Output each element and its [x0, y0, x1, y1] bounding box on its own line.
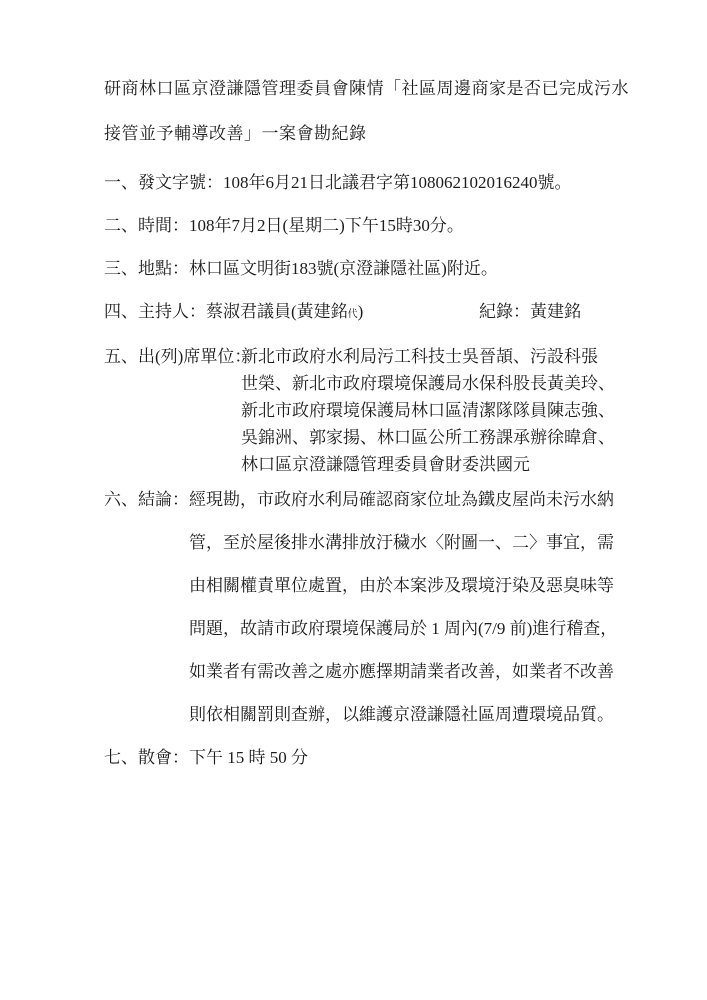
document-title: 研商林口區京澄謙隱管理委員會陳情「社區周邊商家是否已完成污水 接管並予輔導改善」… [104, 66, 616, 156]
section-host: 四、主持人：蔡淑君議員(黃建銘代) 紀錄：黃建銘 [104, 290, 616, 336]
conclusion-line: 則依相關罰則查辦，以維護京澄謙隱社區周遭環境品質。 [189, 693, 616, 736]
attendees-line: 新北市政府環境保護局林口區清潔隊隊員陳志強、 [241, 397, 616, 424]
conclusion-line: 由相關權責單位處置，由於本案涉及環境汙染及惡臭味等 [189, 564, 616, 607]
section-conclusion: 六、結論： 經現勘，市政府水利局確認商家位址為鐵皮屋尚未污水納 管，至於屋後排水… [104, 478, 616, 736]
title-line-2: 接管並予輔導改善」一案會勘紀錄 [104, 111, 616, 156]
conclusion-line: 問題，故請市政府環境保護局於 1 周內(7/9 前)進行稽查， [189, 607, 616, 650]
section-location: 三、地點：林口區文明街183號(京澄謙隱社區)附近。 [104, 247, 616, 290]
document-content: 研商林口區京澄謙隱管理委員會陳情「社區周邊商家是否已完成污水 接管並予輔導改善」… [104, 66, 616, 779]
attendees-line: 林口區京澄謙隱管理委員會財委洪國元 [241, 451, 616, 478]
host-text: 四、主持人：蔡淑君議員(黃建銘 [104, 302, 348, 321]
conclusion-line: 如業者有需改善之處亦應擇期請業者改善，如業者不改善 [189, 650, 616, 693]
section-attendees: 五、出(列)席單位： 新北市政府水利局污工科技士吳晉頡、污設科張 世榮、新北市政… [104, 343, 616, 478]
conclusion-line: 管，至於屋後排水溝排放汙穢水〈附圖一、二〉事宜，需 [189, 521, 616, 564]
recorder-text: 紀錄：黃建銘 [479, 290, 581, 333]
attendees-label: 五、出(列)席單位： [104, 343, 251, 370]
section-time: 二、時間：108年7月2日(星期二)下午15時30分。 [104, 204, 616, 247]
host-close-paren: ) [358, 302, 364, 321]
attendees-line: 吳錦洲、郭家揚、林口區公所工務課承辦徐暐倉、 [241, 424, 616, 451]
conclusion-line: 經現勘，市政府水利局確認商家位址為鐵皮屋尚未污水納 [189, 478, 616, 521]
attendees-line: 世榮、新北市政府環境保護局水保科股長黃美玲、 [241, 370, 616, 397]
document-page: 研商林口區京澄謙隱管理委員會陳情「社區周邊商家是否已完成污水 接管並予輔導改善」… [0, 0, 707, 1000]
conclusion-label: 六、結論： [104, 478, 189, 521]
section-adjournment: 七、散會：下午 15 時 50 分 [104, 736, 616, 779]
host-proxy-mark: 代 [348, 309, 358, 320]
attendees-line: 新北市政府水利局污工科技士吳晉頡、污設科張 [241, 343, 616, 370]
section-document-number: 一、發文字號：108年6月21日北議君字第108062102016240號。 [104, 161, 616, 204]
title-line-1: 研商林口區京澄謙隱管理委員會陳情「社區周邊商家是否已完成污水 [104, 66, 616, 111]
